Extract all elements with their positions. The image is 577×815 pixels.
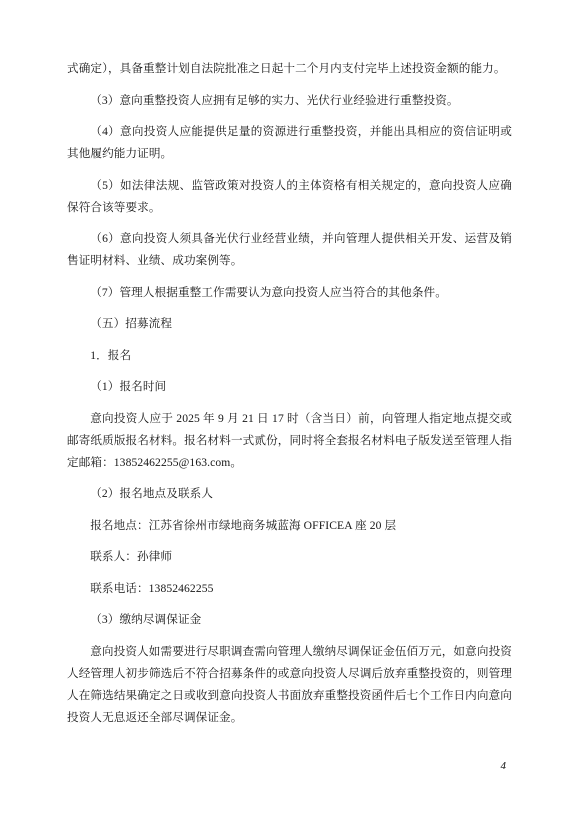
paragraph: （3）意向重整投资人应拥有足够的实力、光伏行业经验进行重整投资。 (67, 90, 512, 112)
paragraph: （4）意向投资人应能提供足量的资源进行重整投资，并能出具相应的资信证明或其他履约… (67, 121, 512, 165)
paragraph: 联系电话：13852462255 (67, 578, 512, 600)
paragraph: （3）缴纳尽调保证金 (67, 609, 512, 631)
paragraph: 1．报名 (67, 345, 512, 367)
paragraph: 意向投资人应于 2025 年 9 月 21 日 17 时（含当日）前，向管理人指… (67, 408, 512, 474)
paragraph: （2）报名地点及联系人 (67, 483, 512, 505)
paragraph: （1）报名时间 (67, 376, 512, 398)
paragraph: 联系人：孙律师 (67, 546, 512, 568)
paragraph: （6）意向投资人须具备光伏行业经营业绩，并向管理人提供相关开发、运营及销售证明材… (67, 228, 512, 272)
paragraph: （7）管理人根据重整工作需要认为意向投资人应当符合的其他条件。 (67, 282, 512, 304)
document-body: 式确定），具备重整计划自法院批准之日起十二个月内支付完毕上述投资金额的能力。（3… (67, 58, 512, 738)
document-page: 式确定），具备重整计划自法院批准之日起十二个月内支付完毕上述投资金额的能力。（3… (0, 0, 577, 815)
paragraph: 意向投资人如需要进行尽职调查需向管理人缴纳尽调保证金伍佰万元，如意向投资人经管理… (67, 641, 512, 729)
paragraph: 式确定），具备重整计划自法院批准之日起十二个月内支付完毕上述投资金额的能力。 (67, 58, 512, 80)
page-number: 4 (501, 760, 507, 772)
paragraph: （5）如法律法规、监管政策对投资人的主体资格有相关规定的，意向投资人应确保符合该… (67, 175, 512, 219)
paragraph: （五）招募流程 (67, 313, 512, 335)
paragraph: 报名地点：江苏省徐州市绿地商务城蓝海 OFFICEA 座 20 层 (67, 515, 512, 537)
